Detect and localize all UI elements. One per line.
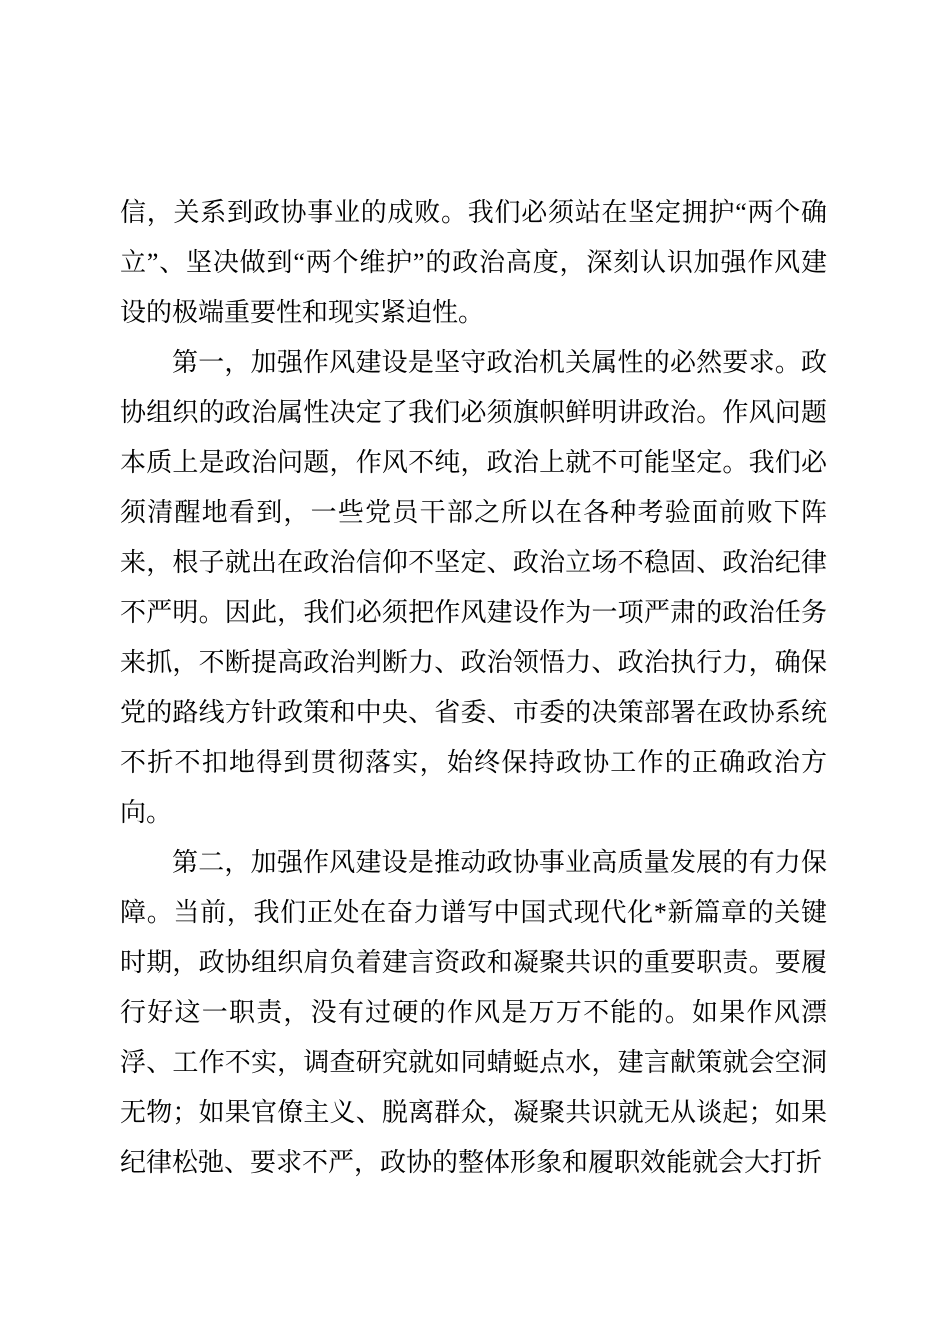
paragraph-continuation: 信，关系到政协事业的成败。我们必须站在坚定拥护“两个确立”、坚决做到“两个维护”… [120, 188, 827, 338]
paragraph-point-two: 第二，加强作风建设是推动政协事业高质量发展的有力保障。当前，我们正处在奋力谱写中… [120, 838, 827, 1188]
paragraph-point-one: 第一，加强作风建设是坚守政治机关属性的必然要求。政协组织的政治属性决定了我们必须… [120, 338, 827, 838]
document-page: 信，关系到政协事业的成败。我们必须站在坚定拥护“两个确立”、坚决做到“两个维护”… [0, 0, 950, 1344]
document-body-text: 信，关系到政协事业的成败。我们必须站在坚定拥护“两个确立”、坚决做到“两个维护”… [120, 188, 827, 1188]
